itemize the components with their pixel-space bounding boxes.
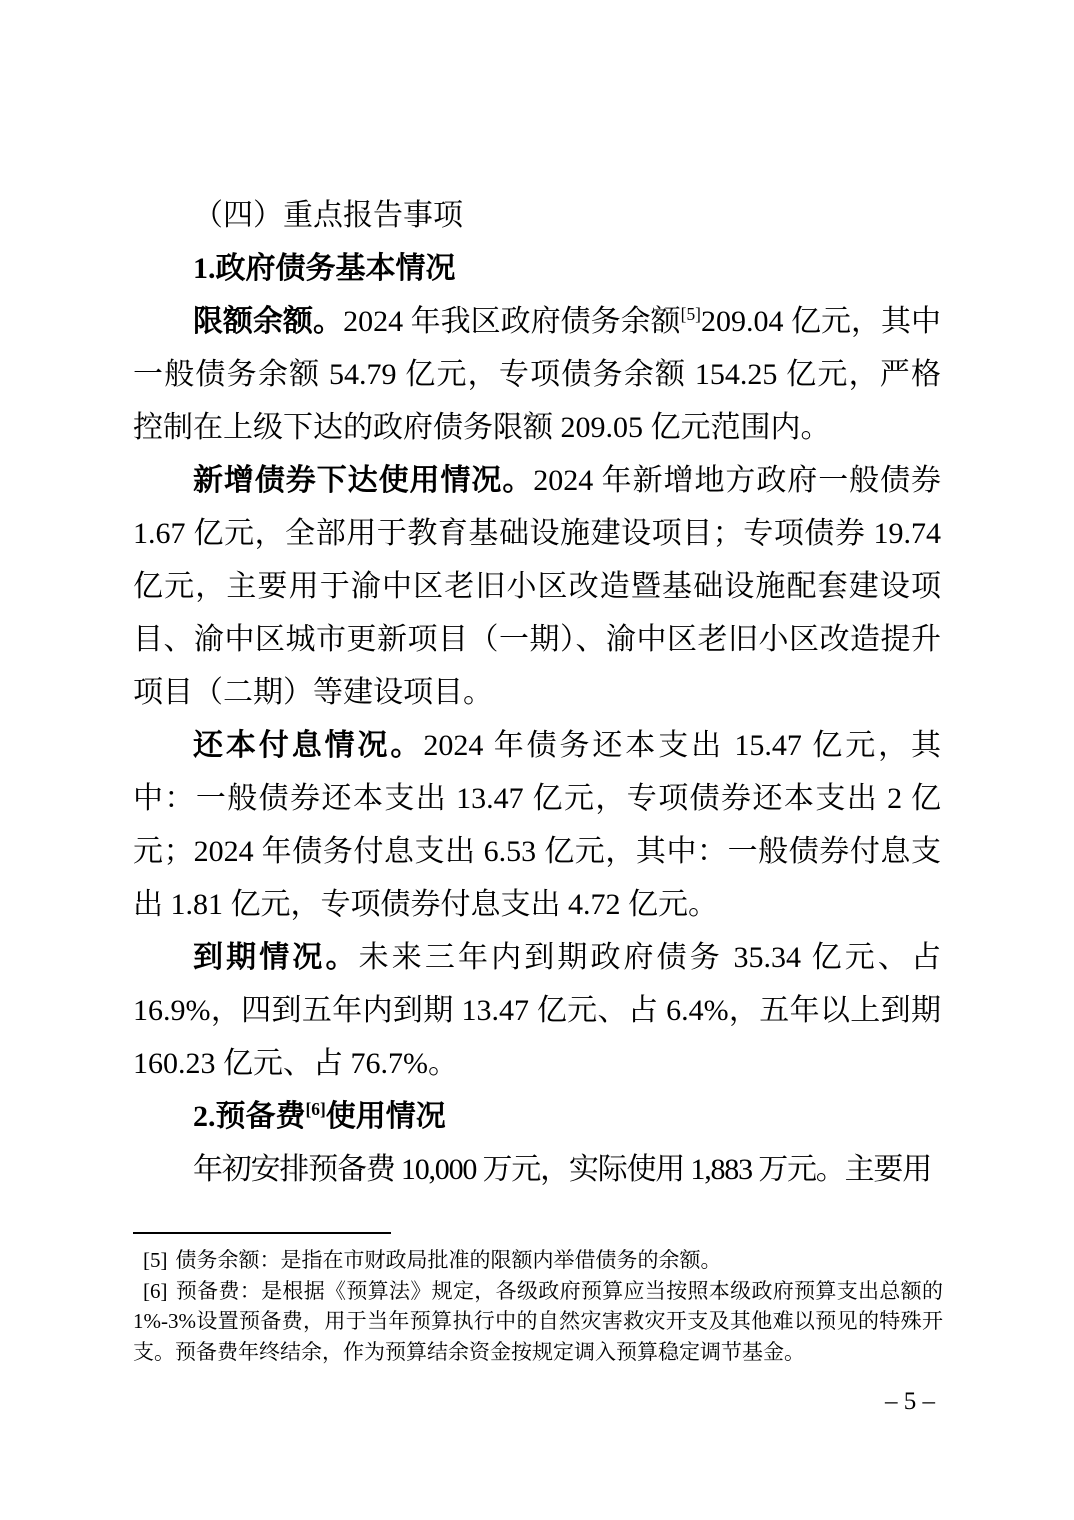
footnotes-section: [5]债务余额：是指在市财政局批准的限额内举借债务的余额。 [6]预备费：是根据…	[133, 1245, 943, 1367]
footnote-5-text: 债务余额：是指在市财政局批准的限额内举借债务的余额。	[176, 1248, 722, 1272]
footnote-ref-6: [6]	[306, 1099, 326, 1119]
paragraph-lead-debt-service: 还本付息情况。	[193, 729, 423, 762]
paragraph-limit-balance: 限额余额。2024 年我区政府债务余额[5]209.04 亿元，其中一般债务余额…	[133, 295, 941, 454]
paragraph-text-before-ref: 2024 年我区政府债务余额	[343, 305, 681, 338]
footnote-6-text: 预备费：是根据《预算法》规定，各级政府预算应当按照本级政府预算支出总额的 1%-…	[133, 1279, 943, 1364]
footnote-6: [6]预备费：是根据《预算法》规定，各级政府预算应当按照本级政府预算支出总额的 …	[133, 1276, 943, 1368]
subsection2-heading-after-ref: 使用情况	[326, 1100, 446, 1133]
paragraph-text-new-bonds: 2024 年新增地方政府一般债券 1.67 亿元，全部用于教育基础设施建设项目；…	[133, 464, 941, 709]
footnote-6-marker: [6]	[143, 1279, 168, 1303]
paragraph-reserve-fund: 年初安排预备费 10,000 万元，实际使用 1,883 万元。主要用	[133, 1143, 941, 1196]
subsection-heading-reserve-fund: 2.预备费[6]使用情况	[133, 1090, 941, 1143]
footnote-separator-line	[133, 1232, 391, 1234]
page-number: – 5 –	[852, 1388, 968, 1416]
paragraph-lead-limit-balance: 限额余额。	[193, 305, 343, 338]
subsection2-heading-before-ref: 2.预备费	[193, 1100, 306, 1133]
paragraph-text-reserve-fund: 年初安排预备费 10,000 万元，实际使用 1,883 万元。主要用	[193, 1153, 931, 1186]
footnote-5: [5]债务余额：是指在市财政局批准的限额内举借债务的余额。	[133, 1245, 943, 1276]
footnote-5-marker: [5]	[143, 1248, 168, 1272]
footnote-ref-5: [5]	[681, 304, 701, 324]
paragraph-new-bonds: 新增债券下达使用情况。2024 年新增地方政府一般债券 1.67 亿元，全部用于…	[133, 454, 941, 719]
document-page: （四）重点报告事项 1.政府债务基本情况 限额余额。2024 年我区政府债务余额…	[0, 0, 1074, 1520]
section-heading: （四）重点报告事项	[133, 189, 941, 242]
document-body: （四）重点报告事项 1.政府债务基本情况 限额余额。2024 年我区政府债务余额…	[133, 189, 941, 1196]
paragraph-debt-service: 还本付息情况。2024 年债务还本支出 15.47 亿元，其中：一般债券还本支出…	[133, 719, 941, 931]
paragraph-lead-new-bonds: 新增债券下达使用情况。	[193, 464, 533, 497]
subsection-heading-government-debt: 1.政府债务基本情况	[133, 242, 941, 295]
paragraph-lead-maturity: 到期情况。	[193, 941, 359, 974]
paragraph-maturity: 到期情况。未来三年内到期政府债务 35.34 亿元、占 16.9%，四到五年内到…	[133, 931, 941, 1090]
